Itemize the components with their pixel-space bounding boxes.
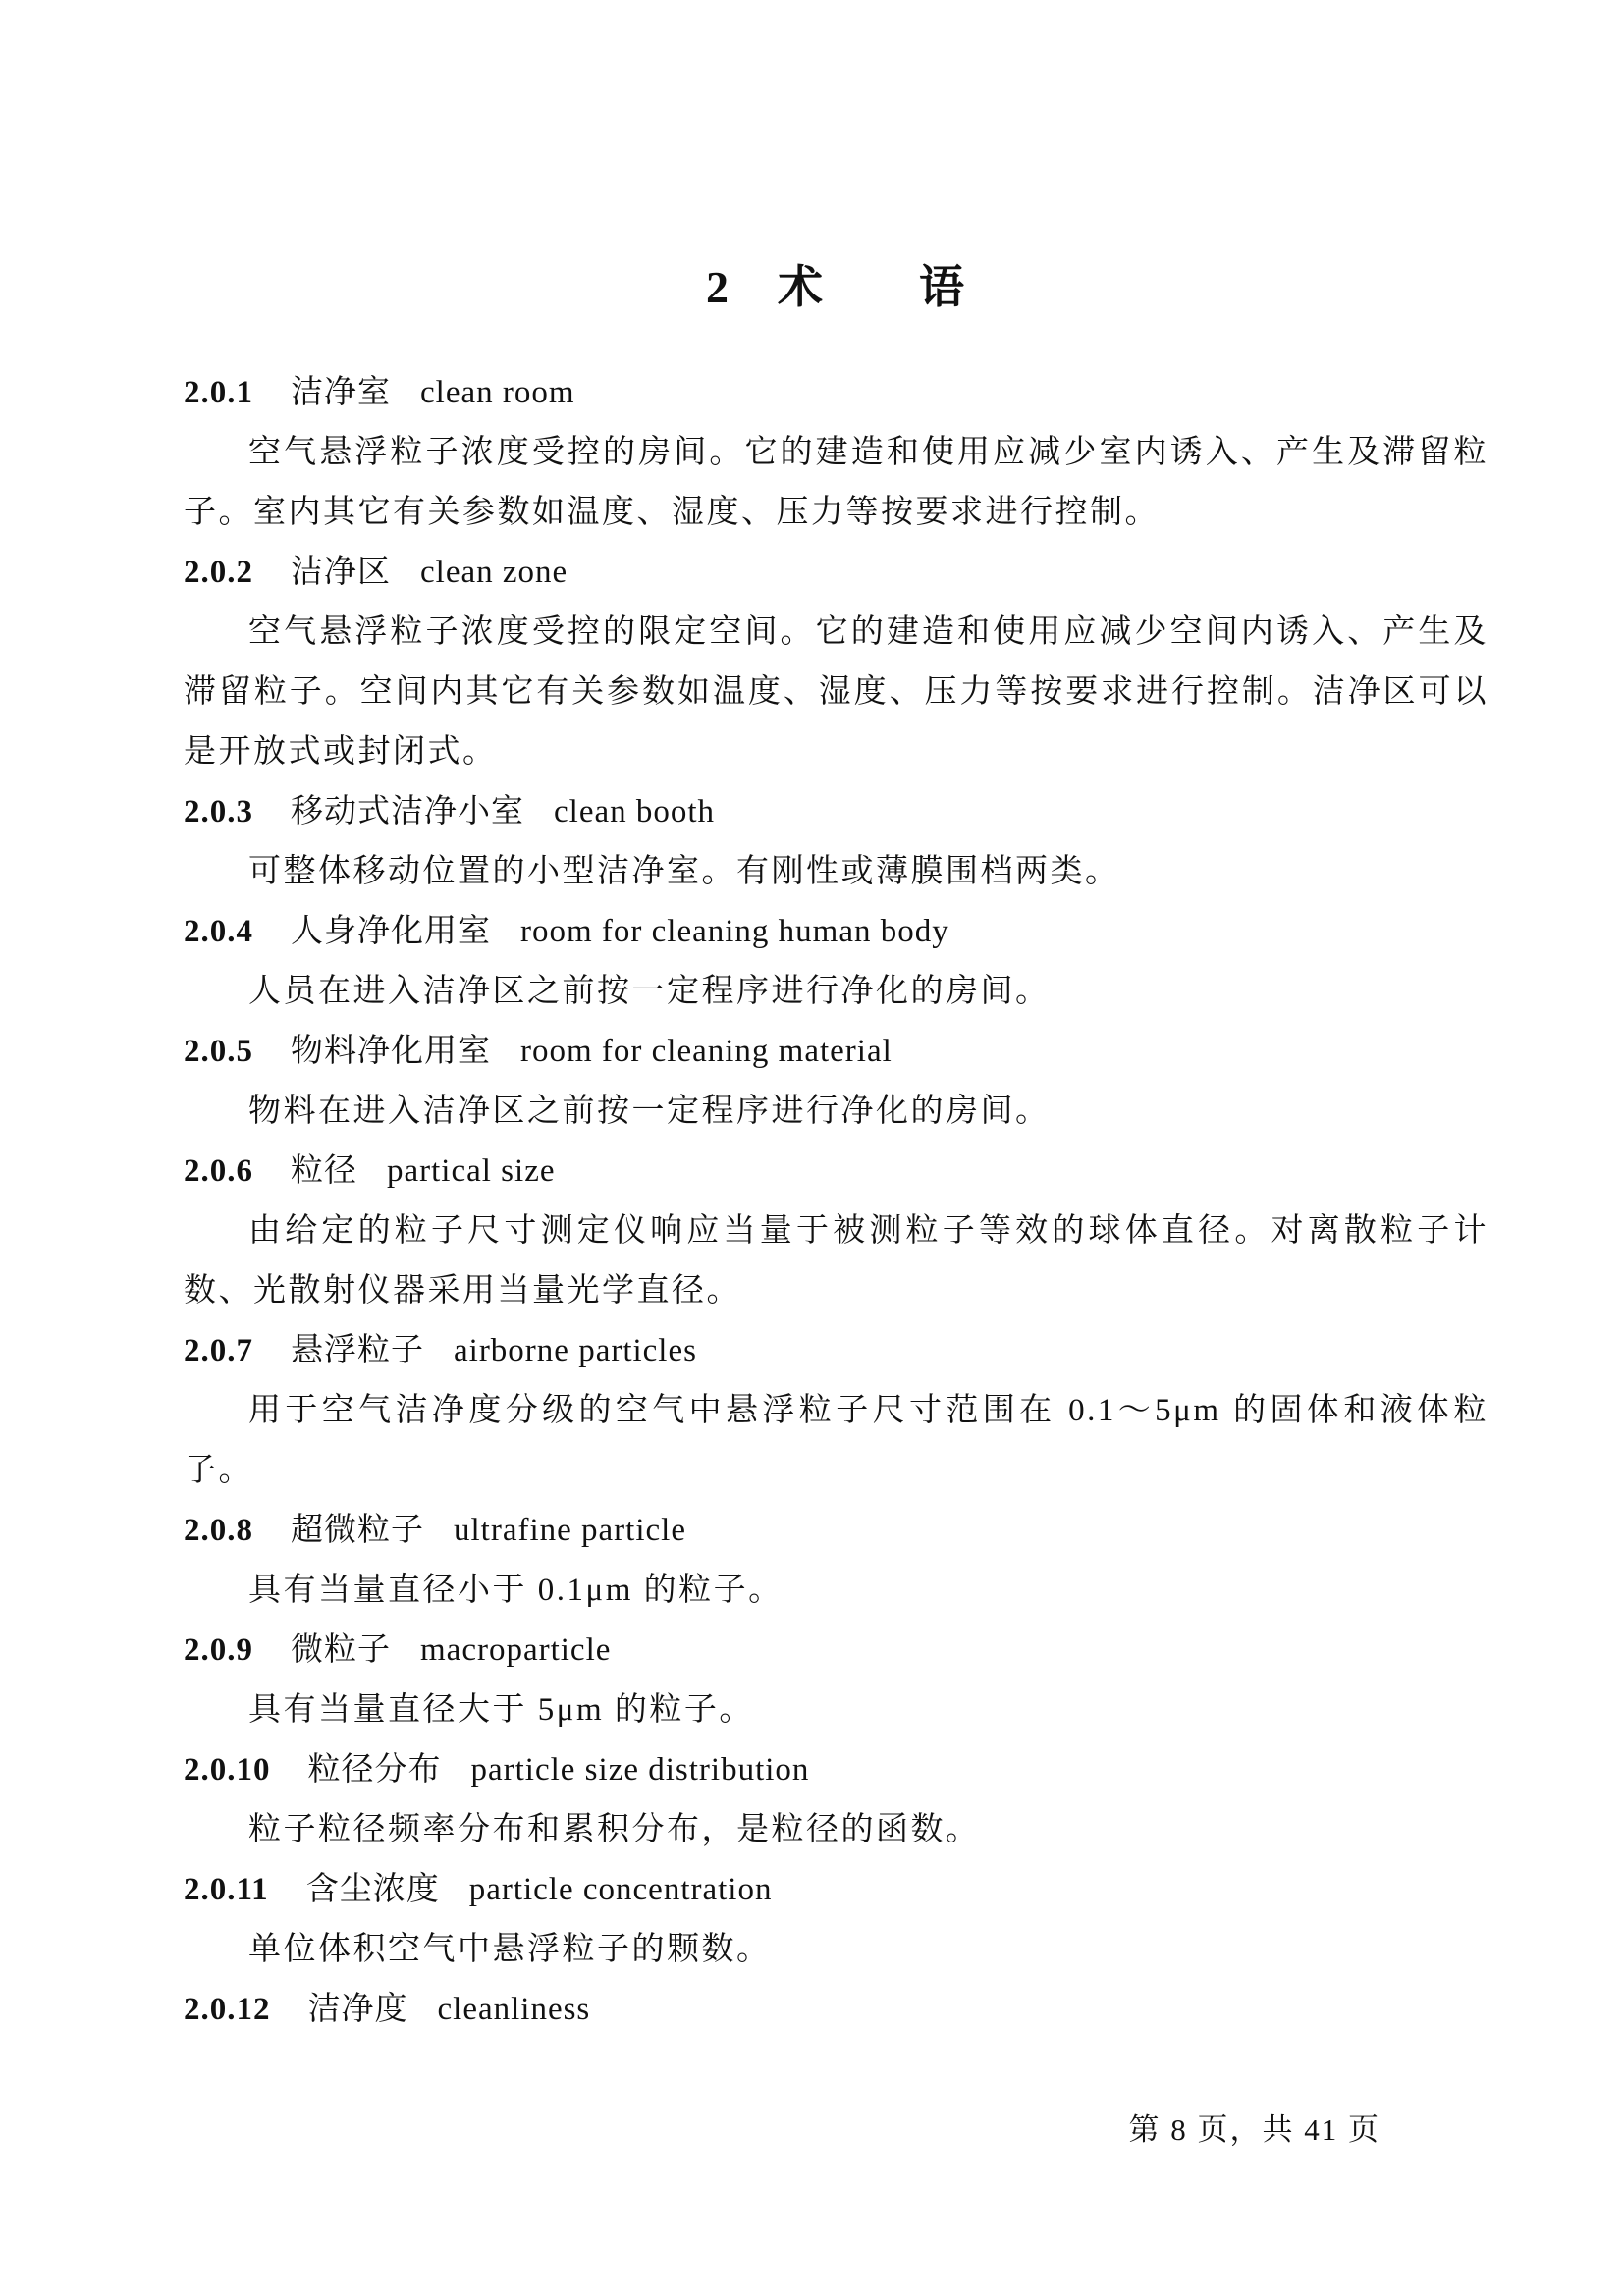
term-en: particle size distribution xyxy=(471,1752,810,1788)
term-section: 2.0.10粒径分布particle size distribution 粒子粒… xyxy=(184,1740,1488,1860)
page-number-footer: 第 8 页，共 41 页 xyxy=(184,2100,1488,2160)
term-number: 2.0.7 xyxy=(184,1333,253,1368)
term-section: 2.0.12洁净度cleanliness xyxy=(184,1980,1488,2040)
term-heading: 2.0.8超微粒子ultrafine particle xyxy=(184,1501,1488,1561)
term-number: 2.0.6 xyxy=(184,1153,253,1189)
term-zh: 微粒子 xyxy=(291,1632,391,1668)
term-number: 2.0.4 xyxy=(184,914,253,949)
term-definition: 具有当量直径小于 0.1μm 的粒子。 xyxy=(184,1561,1488,1621)
term-zh: 移动式洁净小室 xyxy=(291,794,524,829)
term-heading: 2.0.11含尘浓度particle concentration xyxy=(184,1860,1488,1920)
term-zh: 物料净化用室 xyxy=(291,1034,491,1069)
term-heading: 2.0.4人身净化用室room for cleaning human body xyxy=(184,902,1488,962)
term-heading: 2.0.6粒径partical size xyxy=(184,1142,1488,1201)
term-zh: 粒径 xyxy=(291,1153,357,1189)
term-section: 2.0.9微粒子macroparticle 具有当量直径大于 5μm 的粒子。 xyxy=(184,1621,1488,1740)
term-heading: 2.0.5物料净化用室room for cleaning material xyxy=(184,1022,1488,1082)
term-zh: 洁净室 xyxy=(291,375,391,410)
term-heading: 2.0.10粒径分布particle size distribution xyxy=(184,1740,1488,1800)
chapter-title: 2 术 语 xyxy=(184,257,1488,318)
term-section: 2.0.5物料净化用室room for cleaning material 物料… xyxy=(184,1022,1488,1142)
term-definition: 用于空气洁净度分级的空气中悬浮粒子尺寸范围在 0.1～5μm 的固体和液体粒子。 xyxy=(184,1381,1488,1501)
term-zh: 洁净度 xyxy=(308,1992,408,2027)
term-number: 2.0.8 xyxy=(184,1513,253,1548)
term-definition: 人员在进入洁净区之前按一定程序进行净化的房间。 xyxy=(184,962,1488,1022)
term-number: 2.0.1 xyxy=(184,375,253,410)
term-heading: 2.0.12洁净度cleanliness xyxy=(184,1980,1488,2040)
document-page: 2 术 语 2.0.1洁净室clean room 空气悬浮粒子浓度受控的房间。它… xyxy=(0,0,1623,2296)
term-en: airborne particles xyxy=(454,1333,697,1368)
term-zh: 含尘浓度 xyxy=(306,1872,440,1907)
term-en: cleanliness xyxy=(438,1992,591,2027)
term-section: 2.0.7悬浮粒子airborne particles 用于空气洁净度分级的空气… xyxy=(184,1321,1488,1501)
term-en: clean zone xyxy=(420,555,568,590)
document-content: 2 术 语 2.0.1洁净室clean room 空气悬浮粒子浓度受控的房间。它… xyxy=(0,257,1623,2160)
term-heading: 2.0.9微粒子macroparticle xyxy=(184,1621,1488,1681)
term-en: clean booth xyxy=(554,794,715,829)
term-section: 2.0.4人身净化用室room for cleaning human body … xyxy=(184,902,1488,1022)
term-definition: 可整体移动位置的小型洁净室。有刚性或薄膜围档两类。 xyxy=(184,842,1488,902)
terms-list: 2.0.1洁净室clean room 空气悬浮粒子浓度受控的房间。它的建造和使用… xyxy=(184,363,1488,2040)
term-section: 2.0.2洁净区clean zone 空气悬浮粒子浓度受控的限定空间。它的建造和… xyxy=(184,543,1488,782)
term-en: clean room xyxy=(420,375,575,410)
term-en: room for cleaning material xyxy=(520,1034,893,1069)
term-number: 2.0.3 xyxy=(184,794,253,829)
term-definition: 空气悬浮粒子浓度受控的限定空间。它的建造和使用应减少空间内诱入、产生及滞留粒子。… xyxy=(184,603,1488,782)
term-zh: 人身净化用室 xyxy=(291,914,491,949)
term-section: 2.0.11含尘浓度particle concentration 单位体积空气中… xyxy=(184,1860,1488,1980)
term-number: 2.0.10 xyxy=(184,1752,271,1788)
term-definition: 粒子粒径频率分布和累积分布，是粒径的函数。 xyxy=(184,1800,1488,1860)
term-number: 2.0.9 xyxy=(184,1632,253,1668)
term-section: 2.0.3移动式洁净小室clean booth 可整体移动位置的小型洁净室。有刚… xyxy=(184,782,1488,902)
term-heading: 2.0.2洁净区clean zone xyxy=(184,543,1488,603)
term-definition: 由给定的粒子尺寸测定仪响应当量于被测粒子等效的球体直径。对离散粒子计数、光散射仪… xyxy=(184,1201,1488,1321)
term-en: macroparticle xyxy=(420,1632,611,1668)
term-number: 2.0.11 xyxy=(184,1872,269,1907)
term-definition: 物料在进入洁净区之前按一定程序进行净化的房间。 xyxy=(184,1082,1488,1142)
term-definition: 单位体积空气中悬浮粒子的颗数。 xyxy=(184,1920,1488,1980)
term-en: particle concentration xyxy=(469,1872,773,1907)
term-zh: 洁净区 xyxy=(291,555,391,590)
term-zh: 粒径分布 xyxy=(308,1752,442,1788)
term-definition: 具有当量直径大于 5μm 的粒子。 xyxy=(184,1681,1488,1740)
term-section: 2.0.6粒径partical size 由给定的粒子尺寸测定仪响应当量于被测粒… xyxy=(184,1142,1488,1321)
term-heading: 2.0.3移动式洁净小室clean booth xyxy=(184,782,1488,842)
term-en: room for cleaning human body xyxy=(520,914,949,949)
term-en: ultrafine particle xyxy=(454,1513,686,1548)
term-number: 2.0.12 xyxy=(184,1992,271,2027)
term-heading: 2.0.1洁净室clean room xyxy=(184,363,1488,423)
term-number: 2.0.5 xyxy=(184,1034,253,1069)
term-en: partical size xyxy=(387,1153,556,1189)
term-section: 2.0.1洁净室clean room 空气悬浮粒子浓度受控的房间。它的建造和使用… xyxy=(184,363,1488,543)
term-definition: 空气悬浮粒子浓度受控的房间。它的建造和使用应减少室内诱入、产生及滞留粒子。室内其… xyxy=(184,423,1488,543)
term-section: 2.0.8超微粒子ultrafine particle 具有当量直径小于 0.1… xyxy=(184,1501,1488,1621)
term-zh: 悬浮粒子 xyxy=(291,1333,424,1368)
term-zh: 超微粒子 xyxy=(291,1513,424,1548)
term-heading: 2.0.7悬浮粒子airborne particles xyxy=(184,1321,1488,1381)
term-number: 2.0.2 xyxy=(184,555,253,590)
